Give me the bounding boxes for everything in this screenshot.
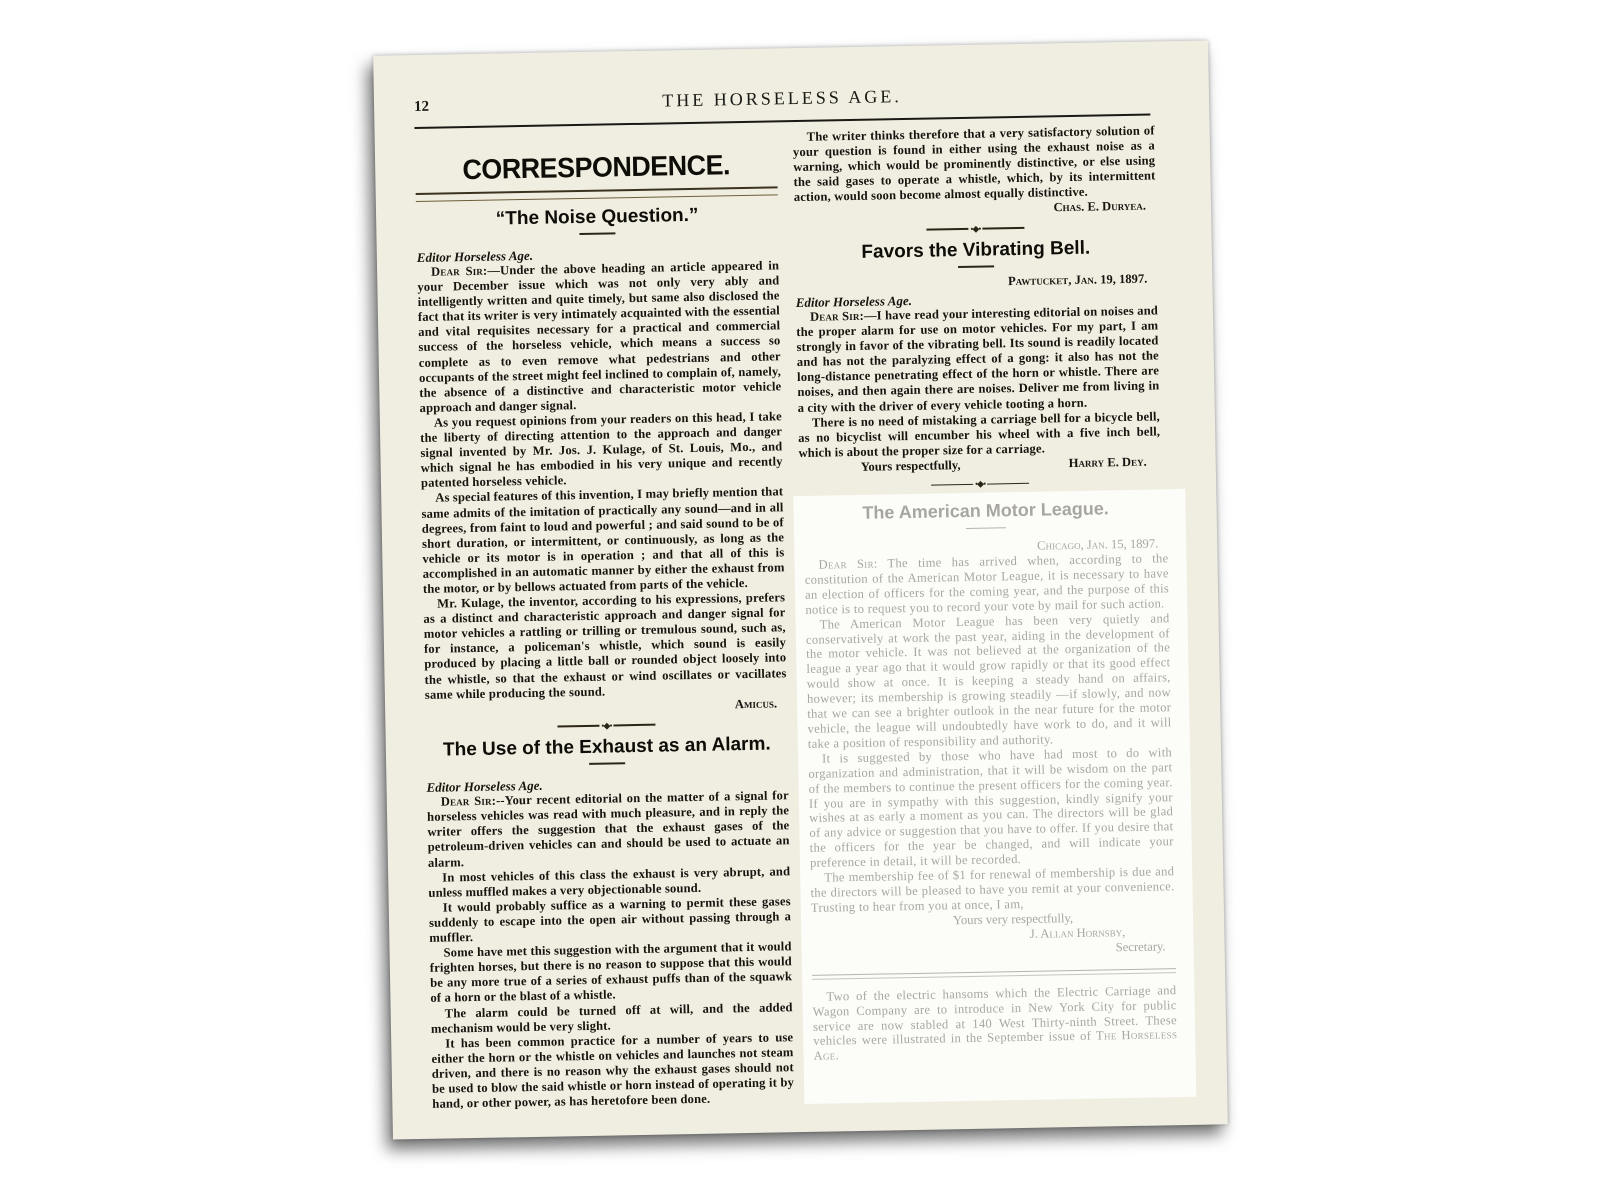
paragraph: Dear Sir:—I have read your interesting e… [796, 303, 1160, 415]
faded-panel: The American Motor League. Chicago, Jan.… [793, 489, 1196, 1104]
paragraph: The membership fee of $1 for renewal of … [810, 864, 1175, 915]
article-title: “The Noise Question.” [416, 203, 778, 232]
section-title: CORRESPONDENCE. [422, 148, 770, 186]
dear-sir: Dear Sir [431, 264, 483, 279]
paragraph: It would probably suffice as a warning t… [429, 894, 792, 946]
magazine-page: 12 THE HORSELESS AGE. CORRESPONDENCE. “T… [373, 40, 1228, 1139]
paragraph: Some have met this suggestion with the a… [429, 939, 792, 1006]
paragraph: Mr. Kulage, the inventor, according to h… [423, 590, 787, 702]
ornament-divider-icon: •◆• [425, 716, 787, 735]
left-column: CORRESPONDENCE. “The Noise Question.” Ed… [415, 128, 795, 1112]
title-rule [579, 232, 615, 235]
article-exhaust-alarm-continued: The writer thinks therefore that a very … [793, 123, 1157, 220]
double-rule-divider [812, 968, 1176, 980]
paragraph: It is suggested by those who have had mo… [808, 745, 1174, 871]
paragraph: Dear Sir:—Under the above heading an art… [417, 258, 782, 416]
dear-sir: Dear Sir [441, 794, 492, 809]
page-content: 12 THE HORSELESS AGE. CORRESPONDENCE. “T… [413, 42, 1169, 1139]
paragraph: The American Motor League has been very … [806, 611, 1172, 752]
running-head: 12 THE HORSELESS AGE. [414, 82, 1150, 125]
closing: Yours respectfully, [861, 458, 961, 475]
title-rule [589, 762, 625, 765]
article-title: The American Motor League. [803, 497, 1167, 525]
paragraph: There is no need of mistaking a carriage… [798, 409, 1161, 461]
journal-title: THE HORSELESS AGE. [414, 82, 1150, 116]
double-rule-divider [416, 186, 778, 202]
paragraph: The writer thinks therefore that a very … [793, 123, 1156, 205]
paragraph: It has been common practice for a number… [431, 1030, 794, 1112]
dear-sir: Dear Sir [810, 309, 860, 324]
title-rule [958, 265, 994, 268]
article-american-motor-league: The American Motor League. Chicago, Jan.… [803, 495, 1177, 1064]
title-rule [966, 527, 1006, 529]
article-noise-question: “The Noise Question.” Editor Horseless A… [416, 203, 787, 717]
article-vibrating-bell: Favors the Vibrating Bell. Pawtucket, Ja… [795, 236, 1161, 476]
paragraph: Dear Sir: The time has arrived when, acc… [804, 551, 1169, 617]
paragraph: Dear Sir:--Your recent editorial on the … [427, 788, 790, 870]
ornament-divider-icon: •◆• [794, 219, 1156, 238]
paragraph: As you request opinions from your reader… [420, 409, 783, 491]
article-exhaust-alarm: The Use of the Exhaust as an Alarm. Edit… [426, 733, 795, 1112]
dear-sir: Dear Sir [818, 557, 874, 572]
signature: Harry E. Dey. [1069, 455, 1147, 471]
right-column: The writer thinks therefore that a very … [793, 121, 1162, 498]
article-title: Favors the Vibrating Bell. [795, 236, 1157, 265]
article-title: The Use of the Exhaust as an Alarm. [426, 733, 788, 762]
news-note: Two of the electric hansoms which the El… [812, 983, 1177, 1064]
paragraph: As special features of this invention, I… [421, 485, 785, 597]
